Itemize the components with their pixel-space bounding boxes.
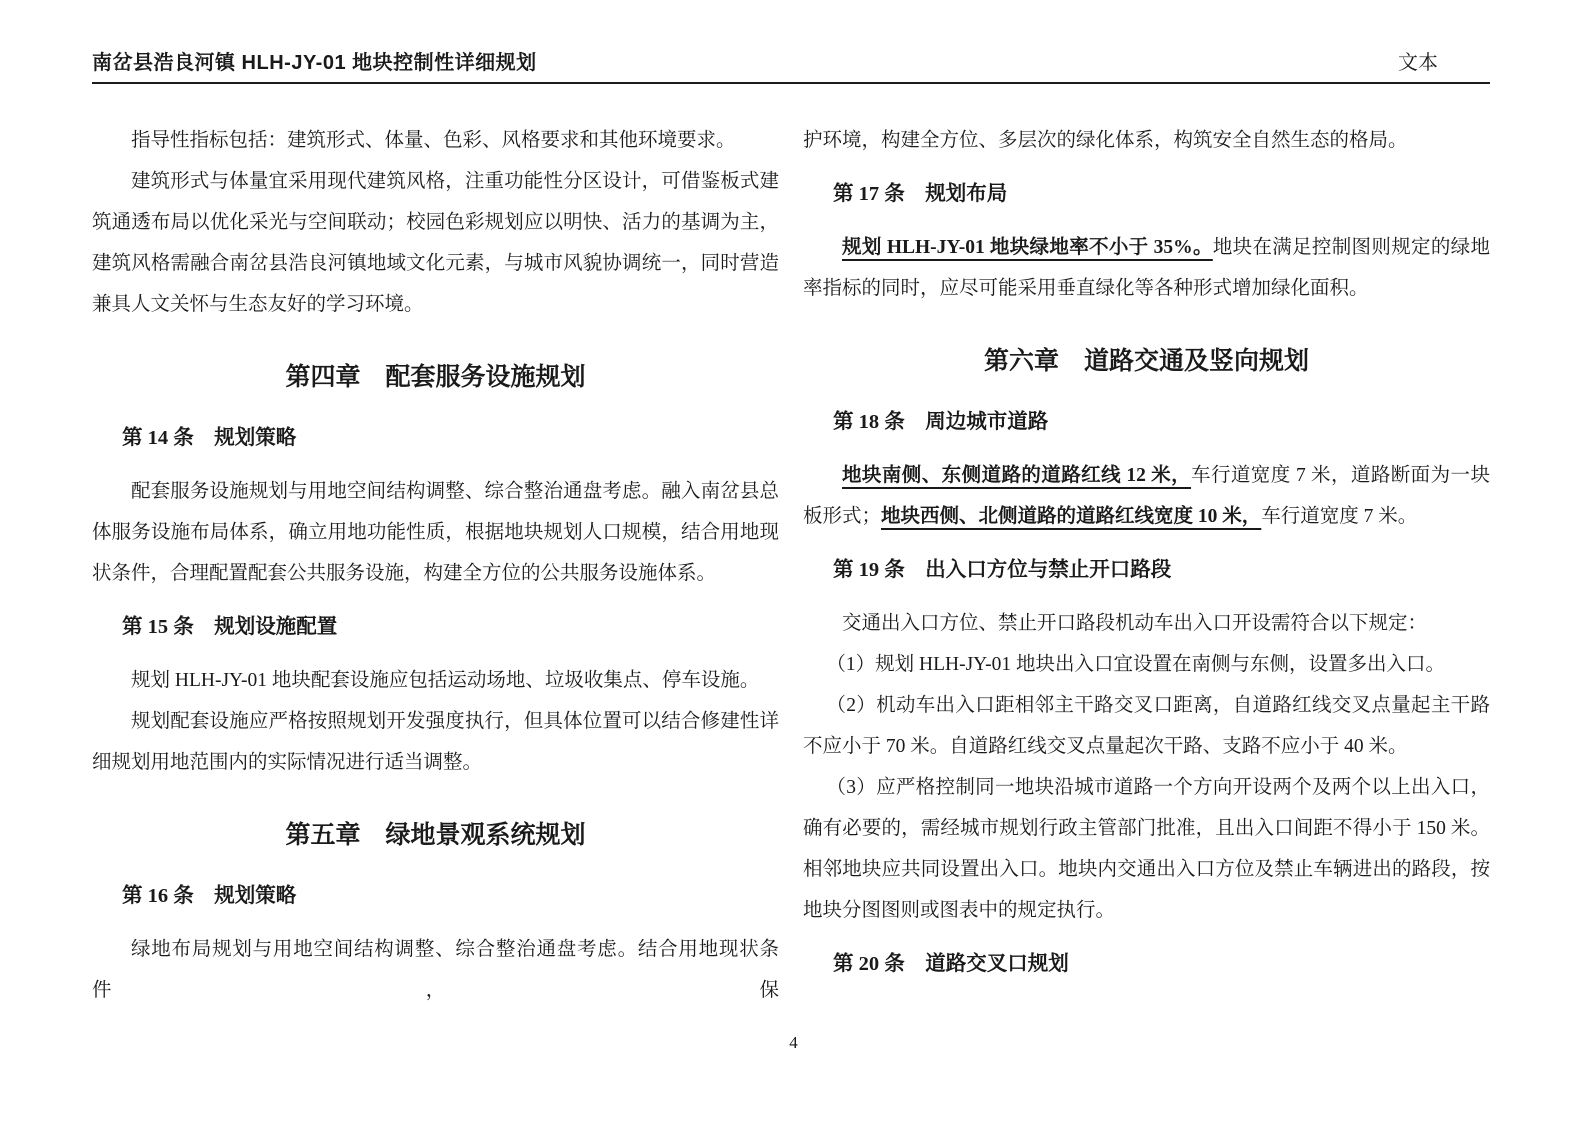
article-18-heading: 第 18 条 周边城市道路: [803, 401, 1490, 443]
header-doc-type-label: 文本: [1398, 46, 1490, 75]
paragraph-access-intro: 交通出入口方位、禁止开口路段机动车出入口开设需符合以下规定：: [803, 603, 1490, 644]
paragraph-guiding-indicators: 指导性指标包括：建筑形式、体量、色彩、风格要求和其他环境要求。: [92, 120, 779, 161]
underlined-green-rate-requirement: 规划 HLH-JY-01 地块绿地率不小于 35%。: [842, 237, 1213, 258]
article-19-heading: 第 19 条 出入口方位与禁止开口路段: [803, 549, 1490, 591]
paragraph-facility-adjust: 规划配套设施应严格按照规划开发强度执行，但具体位置可以结合修建性详细规划用地范围…: [92, 701, 779, 783]
page-number: 4: [789, 1033, 798, 1052]
article-14-heading: 第 14 条 规划策略: [92, 417, 779, 459]
underlined-road-redline-west-north: 地块西侧、北侧道路的道路红线宽度 10 米，: [881, 506, 1261, 527]
paragraph-green-strategy-part2: 护环境，构建全方位、多层次的绿化体系，构筑安全自然生态的格局。: [803, 120, 1490, 161]
paragraph-building-form: 建筑形式与体量宜采用现代建筑风格，注重功能性分区设计，可借鉴板式建筑通透布局以优…: [92, 161, 779, 325]
underlined-road-redline-south-east: 地块南侧、东侧道路的道路红线 12 米，: [842, 465, 1191, 486]
article-16-heading: 第 16 条 规划策略: [92, 875, 779, 917]
article-20-heading: 第 20 条 道路交叉口规划: [803, 943, 1490, 985]
paragraph-facility-items: 规划 HLH-JY-01 地块配套设施应包括运动场地、垃圾收集点、停车设施。: [92, 660, 779, 701]
paragraph-surrounding-roads: 地块南侧、东侧道路的道路红线 12 米，车行道宽度 7 米，道路断面为一块板形式…: [803, 455, 1490, 537]
chapter-5-heading: 第五章 绿地景观系统规划: [92, 813, 779, 859]
right-column: 护环境，构建全方位、多层次的绿化体系，构筑安全自然生态的格局。 第 17 条 规…: [803, 120, 1490, 1011]
paragraph-access-item-3: （3）应严格控制同一地块沿城市道路一个方向开设两个及两个以上出入口，确有必要的，…: [803, 767, 1490, 931]
paragraph-green-rate: 规划 HLH-JY-01 地块绿地率不小于 35%。地块在满足控制图则规定的绿地…: [803, 227, 1490, 309]
two-column-body: 指导性指标包括：建筑形式、体量、色彩、风格要求和其他环境要求。 建筑形式与体量宜…: [0, 84, 1587, 1011]
article-15-heading: 第 15 条 规划设施配置: [92, 606, 779, 648]
paragraph-access-item-1: （1）规划 HLH-JY-01 地块出入口宜设置在南侧与东侧，设置多出入口。: [803, 644, 1490, 685]
article-17-heading: 第 17 条 规划布局: [803, 173, 1490, 215]
page-header: 南岔县浩良河镇 HLH-JY-01 地块控制性详细规划 文本: [92, 0, 1490, 84]
paragraph-green-strategy-part1: 绿地布局规划与用地空间结构调整、综合整治通盘考虑。结合用地现状条件，保: [92, 929, 779, 1011]
left-column: 指导性指标包括：建筑形式、体量、色彩、风格要求和其他环境要求。 建筑形式与体量宜…: [92, 120, 779, 1011]
header-document-title: 南岔县浩良河镇 HLH-JY-01 地块控制性详细规划: [92, 46, 537, 75]
paragraph-services-overall: 配套服务设施规划与用地空间结构调整、综合整治通盘考虑。融入南岔县总体服务设施布局…: [92, 471, 779, 594]
paragraph-access-item-2: （2）机动车出入口距相邻主干路交叉口距离，自道路红线交叉点量起主干路不应小于 7…: [803, 685, 1490, 767]
chapter-4-heading: 第四章 配套服务设施规划: [92, 355, 779, 401]
page-footer: 4: [0, 1033, 1587, 1053]
document-page: 南岔县浩良河镇 HLH-JY-01 地块控制性详细规划 文本 指导性指标包括：建…: [0, 0, 1587, 1122]
chapter-6-heading: 第六章 道路交通及竖向规划: [803, 339, 1490, 385]
road-text-2: 车行道宽度 7 米。: [1261, 506, 1417, 527]
